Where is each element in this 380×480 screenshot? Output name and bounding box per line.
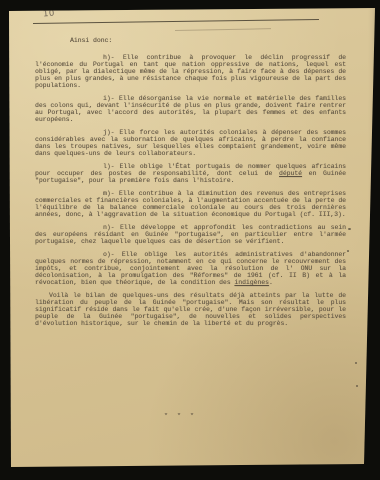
top-rule-shadow — [175, 28, 271, 31]
underlined-word: indigènes — [234, 279, 269, 286]
paragraph: i)- Elle désorganise la vie normale et m… — [35, 95, 346, 123]
text-run: o)- Elle oblige les autorités administra… — [35, 251, 346, 286]
text-run: m)- Elle contribue à la diminution des r… — [35, 190, 346, 218]
paragraph: n)- Elle développe et approfondit les co… — [35, 224, 346, 245]
ink-speck — [355, 362, 357, 364]
page-number: 10 — [43, 9, 56, 20]
paragraph: o)- Elle oblige les autorités administra… — [35, 251, 346, 286]
section-end-mark: * * * — [150, 413, 210, 421]
paragraph: j)- Elle force les autorités coloniales … — [35, 129, 346, 157]
heading: Ainsi donc: — [70, 37, 346, 44]
text-run: i)- Elle désorganise la vie normale et m… — [35, 95, 346, 123]
paragraph: l)- Elle oblige l'État portugais de nomm… — [35, 163, 346, 184]
scan-background: 10 Ainsi donc: h)- Elle contribue à prov… — [0, 0, 380, 480]
ink-speck — [356, 385, 358, 387]
underlined-word: député — [279, 170, 302, 177]
paragraph: m)- Elle contribue à la diminution des r… — [35, 190, 346, 218]
typewritten-text-block: Ainsi donc: h)- Elle contribue à provoqu… — [35, 37, 346, 333]
text-run: j)- Elle force les autorités coloniales … — [35, 129, 346, 157]
ink-speck — [348, 228, 351, 230]
paragraph: h)- Elle contribue à provoquer le déclin… — [35, 54, 346, 89]
ink-speck — [347, 250, 349, 252]
text-run: Voilà le bilan de quelques-uns des résul… — [35, 292, 346, 327]
document-page: 10 Ainsi donc: h)- Elle contribue à prov… — [0, 0, 380, 480]
text-run: h)- Elle contribue à provoquer le déclin… — [35, 54, 346, 89]
top-rule-line — [33, 19, 319, 24]
text-run: . — [269, 279, 273, 286]
paragraph-list: h)- Elle contribue à provoquer le déclin… — [35, 54, 346, 327]
text-run: n)- Elle développe et approfondit les co… — [35, 224, 346, 245]
paragraph: Voilà le bilan de quelques-uns des résul… — [35, 292, 346, 327]
